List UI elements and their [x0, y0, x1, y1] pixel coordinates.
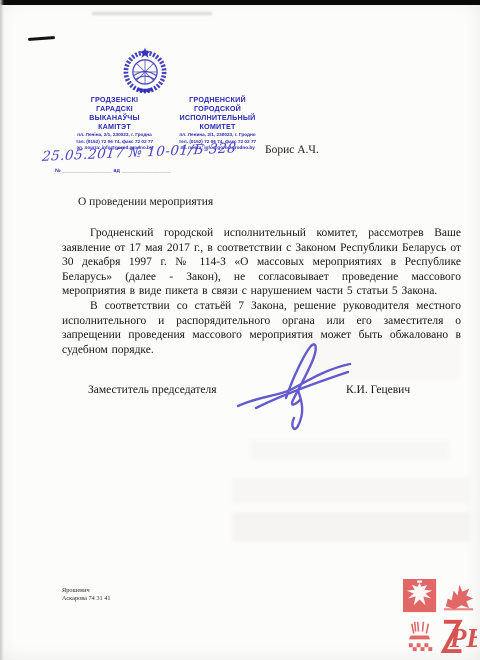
body-paragraph-1: Гродненский городской исполнительный ком… [62, 226, 461, 299]
org-address-russian: пл. Ленина, 2/1, 230023, г. Гродно [169, 132, 266, 138]
belarus-state-emblem-icon [117, 46, 173, 96]
pen-dash-mark [28, 36, 55, 41]
org-name-belarusian: ГРОДЗЕНСКІ ГАРАДСКІ ВЫКАНАЎЧЫ КАМІТЭТ [66, 95, 163, 131]
checkered-fence [409, 643, 432, 651]
bleed-through-artifact [250, 440, 450, 460]
org-name-russian: ГРОДНЕНСКИЙ ГОРОДСКОЙ ИСПОЛНИТЕЛЬНЫЙ КОМ… [169, 95, 266, 131]
letter-body: Гродненский городской исполнительный ком… [62, 226, 461, 357]
zpb-red-logo-icon: PB [403, 579, 477, 653]
org-block-belarusian: ГРОДЗЕНСКІ ГАРАДСКІ ВЫКАНАЎЧЫ КАМІТЭТ пл… [66, 95, 163, 151]
knight-silhouette [444, 585, 473, 611]
reference-form-line: № ________________ ад ________________ [55, 168, 171, 174]
executor-phone: Аскарова 74 31 41 [62, 595, 111, 603]
zpb-monogram: PB [444, 622, 477, 653]
executor-name: Ярошевич [62, 587, 111, 595]
scan-top-edge [0, 0, 480, 5]
scanned-letter-page: ГРОДЗЕНСКІ ГАРАДСКІ ВЫКАНАЎЧЫ КАМІТЭТ пл… [0, 0, 480, 660]
bleed-through-artifact [232, 478, 470, 504]
recipient-name: Борис А.Ч. [265, 144, 319, 156]
org-address-belarusian: пл. Леніна, 2/1, 230023, г. Гродна [66, 132, 163, 138]
pen-signature-scribble [232, 340, 358, 435]
signer-title: Заместитель председателя [88, 384, 217, 396]
scan-left-edge [0, 0, 4, 660]
executor-footnote: Ярошевич Аскарова 74 31 41 [62, 587, 111, 602]
deer-silhouette [409, 622, 430, 640]
letter-subject: О проведении мероприятия [78, 196, 213, 208]
scan-smudge [92, 12, 212, 15]
bleed-through-artifact [232, 512, 470, 542]
svg-text:PB: PB [449, 623, 477, 653]
